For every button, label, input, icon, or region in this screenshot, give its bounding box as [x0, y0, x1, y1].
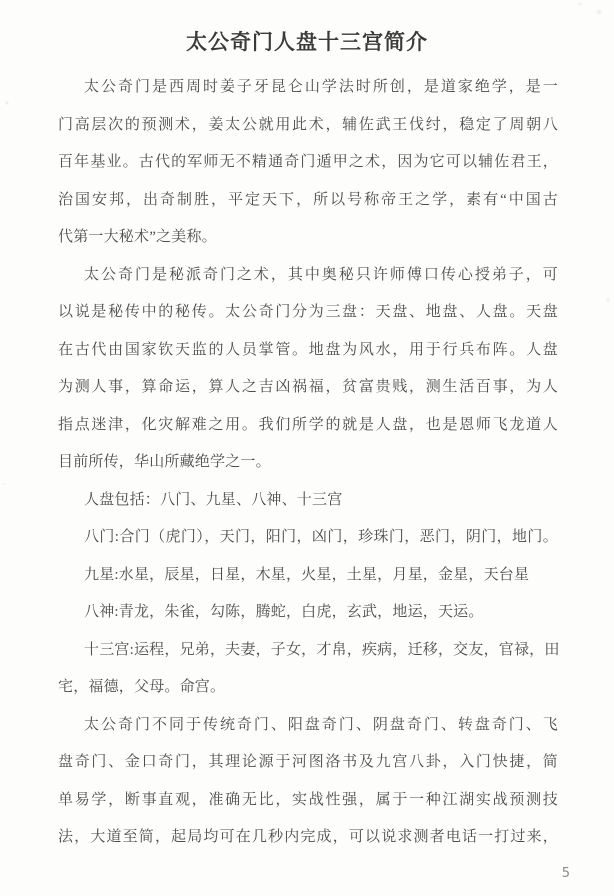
text-line: 指点迷津，化灾解难之用。我们所学的就是人盘，也是恩师飞龙道人: [58, 407, 558, 445]
text-line: 门高层次的预测术，姜太公就用此术，辅佐武王伐纣，稳定了周朝八: [58, 107, 558, 145]
text-line: 目前所传，华山所藏绝学之一。: [58, 444, 558, 482]
text-line: 法，大道至简，起局均可在几秒内完成，可以说求测者电话一打过来，: [58, 819, 558, 857]
list-item-renpan: 人盘包括：八门、九星、八神、十三宫: [58, 482, 558, 520]
text-line: 单易学，断事直观，准确无比，实战性强，属于一种江湖实战预测技: [58, 782, 558, 820]
text-line: 代第一大秘术”之美称。: [58, 219, 558, 257]
text-line: 治国安邦，出奇制胜，平定天下，所以号称帝王之学，素有“中国古: [58, 182, 558, 220]
scanned-document-page: 太公奇门人盘十三宫简介 太公奇门是西周时姜子牙昆仑山学法时所创，是道家绝学，是一…: [0, 0, 614, 896]
text-line: 百年基业。古代的军师无不精通奇门遁甲之术，因为它可以辅佐君王，: [58, 144, 558, 182]
page-title: 太公奇门人盘十三宫简介: [0, 26, 614, 56]
comparison-paragraph: 太公奇门不同于传统奇门、阳盘奇门、阴盘奇门、转盘奇门、飞 盘奇门、金口奇门，其理…: [58, 707, 558, 857]
list-item-bashen: 八神:青龙，朱雀，勾陈，腾蛇，白虎，玄武，地运，天运。: [58, 594, 558, 632]
text-line: 盘奇门、金口奇门，其理论源于河图洛书及九宫八卦，入门快捷，简: [58, 744, 558, 782]
text-line: 太公奇门是秘派奇门之术，其中奥秘只许师傅口传心授弟子，可: [58, 257, 558, 295]
list-item-jiuxing: 九星:水星，辰星，日星，木星，火星，土星，月星，金星，天台星: [58, 557, 558, 595]
page-number: 5: [562, 864, 570, 884]
list-item-shisangong: 宅，福德，父母。命宫。: [58, 669, 558, 707]
document-body: 太公奇门是西周时姜子牙昆仑山学法时所创，是道家绝学，是一 门高层次的预测术，姜太…: [58, 69, 558, 857]
list-item-bamen: 八门:合门（虎门），天门，阳门，凶门，珍珠门，恶门，阴门，地门。: [58, 519, 558, 557]
text-line: 太公奇门是西周时姜子牙昆仑山学法时所创，是道家绝学，是一: [58, 69, 558, 107]
secret-transmission-paragraph: 太公奇门是秘派奇门之术，其中奥秘只许师傅口传心授弟子，可 以说是秘传中的秘传。太…: [58, 257, 558, 482]
text-line: 太公奇门不同于传统奇门、阳盘奇门、阴盘奇门、转盘奇门、飞: [58, 707, 558, 745]
renpan-list: 人盘包括：八门、九星、八神、十三宫 八门:合门（虎门），天门，阳门，凶门，珍珠门…: [58, 482, 558, 707]
text-line: 在古代由国家钦天监的人员掌管。地盘为风水，用于行兵布阵。人盘: [58, 332, 558, 370]
intro-paragraph: 太公奇门是西周时姜子牙昆仑山学法时所创，是道家绝学，是一 门高层次的预测术，姜太…: [58, 69, 558, 257]
list-item-shisangong: 十三宫:运程，兄弟，夫妻，子女，才帛，疾病，迁移，交友，官禄，田: [58, 632, 558, 670]
text-line: 以说是秘传中的秘传。太公奇门分为三盘：天盘、地盘、人盘。天盘: [58, 294, 558, 332]
text-line: 为测人事，算命运，算人之吉凶祸福，贫富贵贱，测生活百事，为人: [58, 369, 558, 407]
